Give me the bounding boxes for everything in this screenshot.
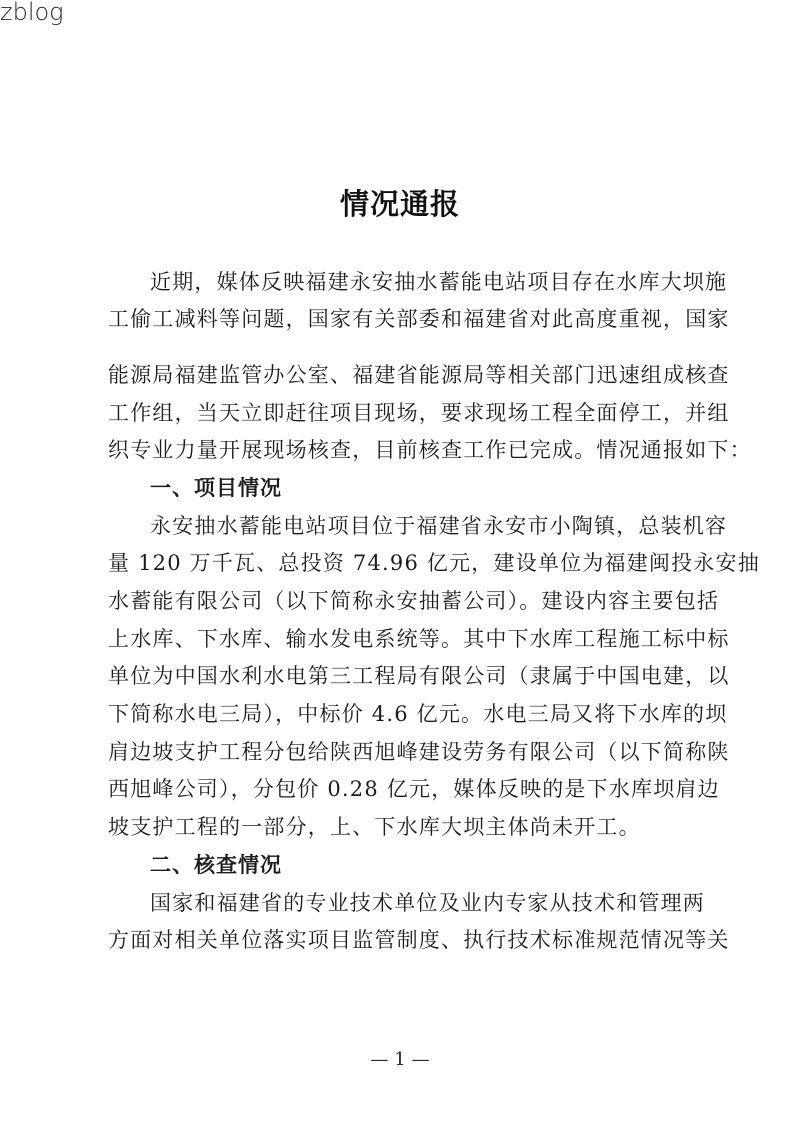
text-line: 工作组，当天立即赶往项目现场，要求现场工程全面停工，并组	[108, 401, 708, 425]
text-line: 单位为中国水利水电第三工程局有限公司（隶属于中国电建，以	[108, 664, 708, 688]
document-title: 情况通报	[0, 182, 800, 223]
text-line: 水蓄能有限公司（以下简称永安抽蓄公司）。建设内容主要包括	[108, 589, 708, 613]
text-line: 坡支护工程的一部分，上、下水库大坝主体尚未开工。	[108, 815, 708, 839]
watermark-text: zblog	[0, 0, 64, 26]
text-line: 近期，媒体反映福建永安抽水蓄能电站项目存在水库大坝施	[150, 270, 750, 294]
section-heading-project: 一、项目情况	[150, 476, 282, 500]
text-line: 下简称水电三局），中标价 4.6 亿元。水电三局又将下水库的坝	[108, 702, 708, 726]
text-line: 西旭峰公司），分包价 0.28 亿元，媒体反映的是下水库坝肩边	[108, 777, 708, 801]
text-line: 上水库、下水库、输水发电系统等。其中下水库工程施工标中标	[108, 627, 708, 651]
page-number: — 1 —	[0, 1049, 800, 1070]
section-heading-inspection: 二、核查情况	[150, 853, 282, 877]
text-line: 方面对相关单位落实项目监管制度、执行技术标准规范情况等关	[108, 928, 708, 952]
text-line: 国家和福建省的专业技术单位及业内专家从技术和管理两	[150, 891, 750, 915]
text-line: 量 120 万千瓦、总投资 74.96 亿元，建设单位为福建闽投永安抽	[108, 551, 708, 575]
text-line: 工偷工减料等问题，国家有关部委和福建省对此高度重视，国家	[108, 307, 708, 331]
text-line: 永安抽水蓄能电站项目位于福建省永安市小陶镇，总装机容	[150, 514, 750, 538]
text-line: 能源局福建监管办公室、福建省能源局等相关部门迅速组成核查	[108, 363, 708, 387]
text-line: 肩边坡支护工程分包给陕西旭峰建设劳务有限公司（以下简称陕	[108, 740, 708, 764]
text-line: 织专业力量开展现场核查，目前核查工作已完成。情况通报如下：	[108, 438, 708, 462]
